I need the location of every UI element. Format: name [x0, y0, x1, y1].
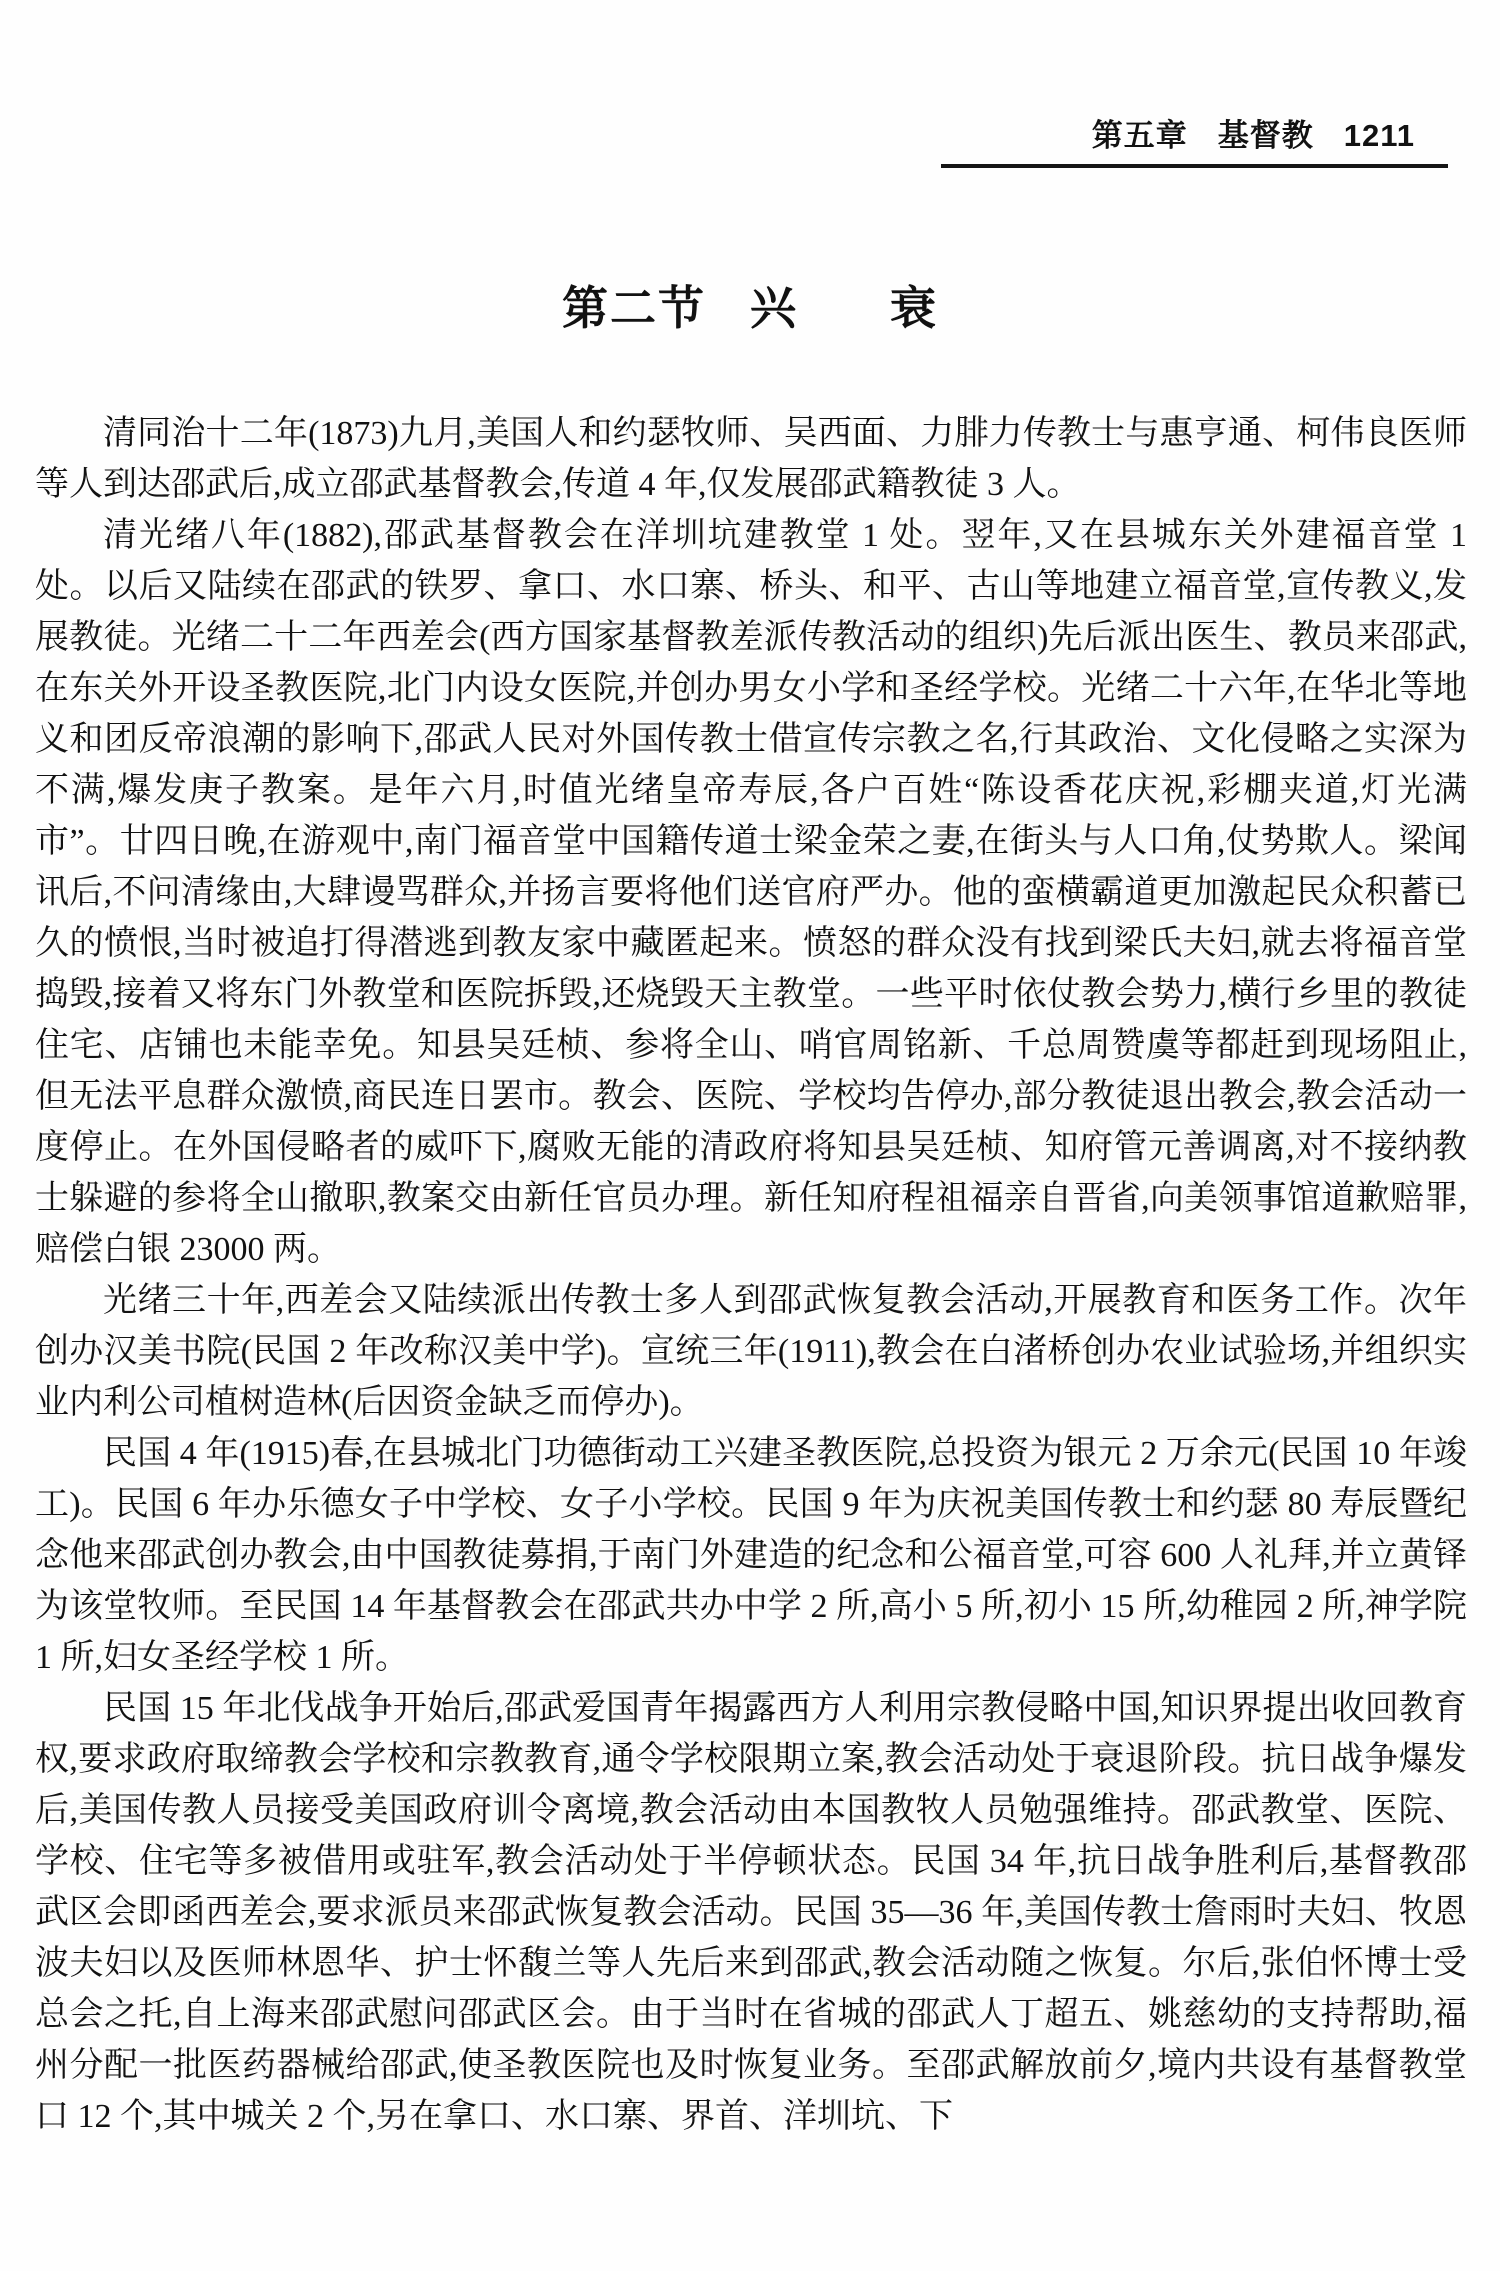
paragraph: 民国 4 年(1915)春,在县城北门功德街动工兴建圣教医院,总投资为银元 2 … [35, 1428, 1467, 1683]
running-header: 第五章基督教1211 [0, 110, 1415, 155]
paragraph: 民国 15 年北伐战争开始后,邵武爱国青年揭露西方人利用宗教侵略中国,知识界提出… [35, 1683, 1467, 2142]
page-number: 1211 [1344, 118, 1415, 153]
book-page: 第五章基督教1211 第二节兴衰 清同治十二年(1873)九月,美国人和约瑟牧师… [0, 0, 1500, 2271]
section-label: 第二节 [562, 283, 706, 334]
paragraph: 清同治十二年(1873)九月,美国人和约瑟牧师、吴西面、力腓力传教士与惠亨通、柯… [35, 408, 1467, 510]
paragraph: 清光绪八年(1882),邵武基督教会在洋圳坑建教堂 1 处。翌年,又在县城东关外… [35, 510, 1467, 1275]
section-title: 第二节兴衰 [0, 272, 1500, 338]
header-rule [941, 164, 1448, 168]
paragraph: 光绪三十年,西差会又陆续派出传教士多人到邵武恢复教会活动,开展教育和医务工作。次… [35, 1275, 1467, 1428]
section-title-char-1: 兴 [750, 283, 798, 334]
body-text: 清同治十二年(1873)九月,美国人和约瑟牧师、吴西面、力腓力传教士与惠亨通、柯… [35, 408, 1467, 2142]
book-title: 基督教 [1218, 118, 1314, 153]
chapter-label: 第五章 [1092, 118, 1188, 153]
section-title-char-2: 衰 [890, 283, 938, 334]
